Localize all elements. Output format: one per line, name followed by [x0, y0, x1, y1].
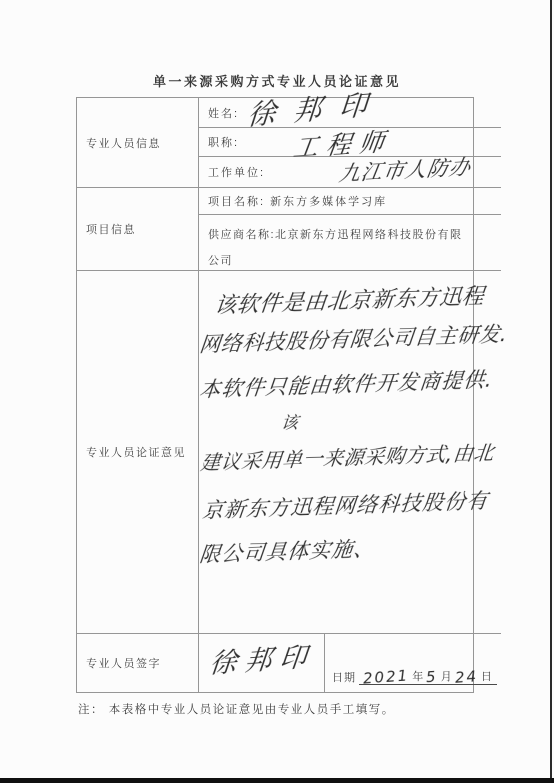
section-header-opinion: 专业人员论证意见 — [77, 271, 199, 634]
field-supplier-name: 供应商名称:北京新东方迅程网络科技股份有限 公司 — [199, 215, 501, 271]
scan-edge-bottom-strip — [0, 778, 554, 783]
section-header-project-info: 项目信息 — [77, 188, 199, 271]
section-header-personnel-info: 专业人员信息 — [77, 98, 199, 188]
field-workunit-label: 工作单位: — [199, 157, 501, 188]
scan-edge-right-line — [550, 0, 552, 783]
name-label: 姓名: — [208, 105, 239, 121]
year-suffix: 年 — [409, 668, 426, 684]
field-jobtitle-label: 职称: — [199, 128, 501, 157]
signature-row: 日期 2021 年 5 月 24 日 — [199, 634, 501, 692]
handwritten-day: 24 — [454, 670, 478, 685]
signature-area — [199, 634, 324, 692]
handwritten-year: 2021 — [363, 669, 410, 685]
month-suffix: 月 — [438, 668, 455, 684]
scanned-document-page: 单一来源采购方式专业人员论证意见 专业人员信息 姓名: 职称: 工作单位: 项目… — [0, 0, 554, 783]
date-label: 日期 — [332, 669, 356, 685]
document-title: 单一来源采购方式专业人员论证意见 — [0, 71, 554, 90]
date-fill-line: 2021 年 5 月 24 日 — [359, 668, 497, 685]
date-cell: 日期 2021 年 5 月 24 日 — [324, 634, 501, 692]
footnote: 注： 本表格中专业人员论证意见由专业人员手工填写。 — [78, 701, 395, 717]
supplier-line-1: 供应商名称:北京新东方迅程网络科技股份有限 — [208, 222, 495, 248]
field-name-label: 姓名: — [199, 98, 501, 128]
opinion-form-table: 专业人员信息 姓名: 职称: 工作单位: 项目信息 项目名称: 新东方多媒体学习… — [76, 97, 474, 693]
opinion-body-cell — [199, 271, 501, 634]
field-project-name: 项目名称: 新东方多媒体学习库 — [199, 188, 501, 215]
jobtitle-label: 职称: — [208, 134, 239, 150]
workunit-label: 工作单位: — [208, 164, 265, 180]
day-suffix: 日 — [478, 668, 495, 684]
project-name-line: 项目名称: 新东方多媒体学习库 — [208, 193, 387, 209]
section-header-signature: 专业人员签字 — [77, 634, 199, 692]
handwritten-month: 5 — [426, 671, 438, 685]
